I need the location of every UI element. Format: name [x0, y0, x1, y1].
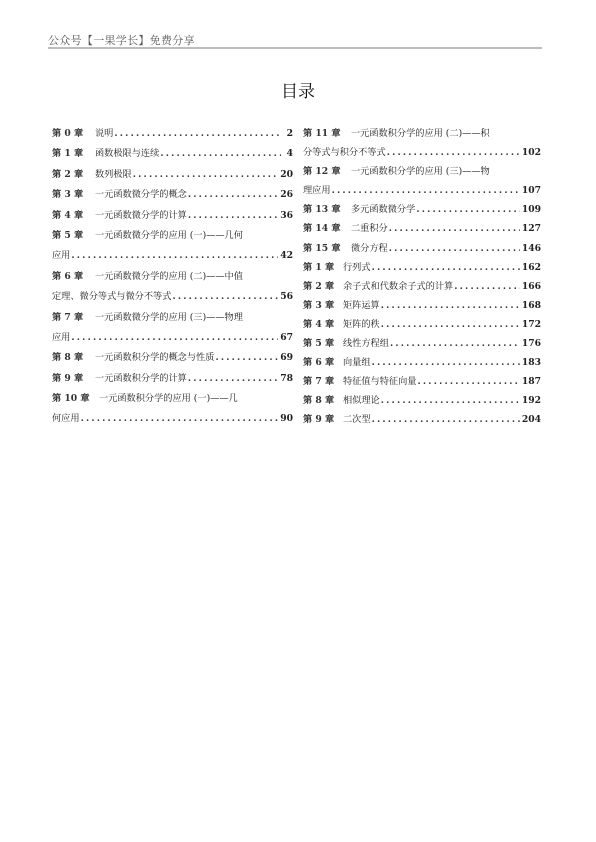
toc-entry[interactable]: 第 12 章 一元函数积分学的应用 (三)——物	[303, 165, 541, 184]
chapter-title: 二重积分	[351, 222, 388, 236]
chapter-label: 第 11 章	[303, 127, 351, 141]
chapter-title: 一元函数积分学的应用 (一)——几	[99, 392, 238, 406]
toc-entry[interactable]: 第 6 章 向量组 183	[303, 356, 541, 375]
dot-leader	[133, 168, 278, 182]
chapter-label: 第 1 章	[303, 261, 343, 275]
toc-entry[interactable]: 第 3 章 一元函数微分学的概念 26	[52, 188, 293, 208]
chapter-label: 第 8 章	[52, 351, 95, 365]
chapter-label: 第 5 章	[303, 337, 343, 351]
toc-entry[interactable]: 第 1 章 行列式 162	[303, 261, 541, 280]
chapter-title: 说明	[95, 127, 113, 141]
dot-leader	[390, 337, 520, 351]
toc-title: 目录	[0, 77, 596, 102]
chapter-title-continued: 理应用	[303, 184, 331, 198]
toc-entry[interactable]: 第 10 章 一元函数积分学的应用 (一)——几	[52, 392, 293, 412]
toc-right-column: 第 11 章 一元函数积分学的应用 (二)——积 分等式与积分不等式 102 第…	[303, 127, 541, 433]
chapter-label: 第 0 章	[52, 127, 95, 141]
chapter-title: 相似理论	[343, 394, 380, 408]
dot-leader	[418, 375, 520, 389]
chapter-label: 第 7 章	[303, 375, 343, 389]
toc-entry[interactable]: 第 3 章 矩阵运算 168	[303, 299, 541, 318]
toc-entry-continuation[interactable]: 应用 42	[52, 249, 293, 269]
page-number: 78	[280, 372, 293, 386]
toc-entry[interactable]: 第 4 章 矩阵的秩 172	[303, 318, 541, 337]
chapter-label: 第 14 章	[303, 222, 351, 236]
page-number: 107	[522, 184, 541, 198]
page-number: 172	[522, 318, 541, 332]
dot-leader	[114, 127, 281, 141]
chapter-title: 矩阵运算	[343, 299, 380, 313]
dot-leader	[172, 290, 278, 304]
chapter-label: 第 12 章	[303, 165, 351, 179]
chapter-title-continued: 定理、微分等式与微分不等式	[52, 290, 171, 304]
chapter-label: 第 4 章	[52, 209, 95, 223]
chapter-title: 一元函数微分学的应用 (一)——几何	[95, 229, 243, 243]
dot-leader	[71, 331, 278, 345]
dot-leader	[389, 222, 520, 236]
toc-entry[interactable]: 第 7 章 一元函数微分学的应用 (三)——物理	[52, 311, 293, 331]
dot-leader	[381, 318, 520, 332]
dot-leader	[372, 413, 520, 427]
page-number: 204	[522, 413, 541, 427]
toc-entry-continuation[interactable]: 分等式与积分不等式 102	[303, 146, 541, 165]
toc-entry-continuation[interactable]: 定理、微分等式与微分不等式 56	[52, 290, 293, 310]
toc-entry[interactable]: 第 0 章 说明 2	[52, 127, 293, 147]
page-number: 36	[280, 209, 293, 223]
dot-leader	[188, 188, 278, 202]
dot-leader	[381, 394, 520, 408]
toc-entry[interactable]: 第 8 章 一元函数积分学的概念与性质 69	[52, 351, 293, 371]
page-number: 26	[280, 188, 293, 202]
toc-entry-continuation[interactable]: 何应用 90	[52, 412, 293, 432]
chapter-title: 微分方程	[351, 242, 388, 256]
chapter-title: 一元函数积分学的应用 (三)——物	[351, 165, 490, 179]
page-number: 187	[522, 375, 541, 389]
chapter-label: 第 4 章	[303, 318, 343, 332]
chapter-title-continued: 何应用	[52, 412, 80, 426]
chapter-label: 第 9 章	[52, 372, 95, 386]
toc-entry[interactable]: 第 5 章 一元函数微分学的应用 (一)——几何	[52, 229, 293, 249]
chapter-label: 第 6 章	[303, 356, 343, 370]
dot-leader	[389, 242, 520, 256]
header-divider	[48, 47, 542, 49]
chapter-title: 矩阵的秩	[343, 318, 380, 332]
chapter-title: 一元函数微分学的计算	[95, 209, 187, 223]
chapter-title: 向量组	[343, 356, 371, 370]
page-number: 162	[522, 261, 541, 275]
page-number: 109	[522, 203, 541, 217]
dot-leader	[71, 249, 278, 263]
page-number: 146	[522, 242, 541, 256]
dot-leader	[188, 209, 278, 223]
chapter-title: 一元函数积分学的概念与性质	[95, 351, 214, 365]
toc-entry[interactable]: 第 9 章 一元函数积分学的计算 78	[52, 372, 293, 392]
chapter-title: 一元函数微分学的应用 (三)——物理	[95, 311, 243, 325]
page-number: 166	[522, 280, 541, 294]
toc-entry[interactable]: 第 2 章 数列极限 20	[52, 168, 293, 188]
chapter-title: 线性方程组	[343, 337, 389, 351]
chapter-title-continued: 应用	[52, 249, 70, 263]
page-number: 20	[280, 168, 293, 182]
toc-entry-continuation[interactable]: 应用 67	[52, 331, 293, 351]
page-number: 90	[280, 412, 293, 426]
chapter-label: 第 5 章	[52, 229, 95, 243]
chapter-title: 一元函数微分学的概念	[95, 188, 187, 202]
chapter-title-continued: 应用	[52, 331, 70, 345]
page-number: 67	[280, 331, 293, 345]
toc-entry[interactable]: 第 4 章 一元函数微分学的计算 36	[52, 209, 293, 229]
dot-leader	[381, 299, 520, 313]
dot-leader	[454, 280, 520, 294]
chapter-title: 余子式和代数余子式的计算	[343, 280, 453, 294]
chapter-label: 第 8 章	[303, 394, 343, 408]
chapter-label: 第 15 章	[303, 242, 351, 256]
toc-entry[interactable]: 第 9 章 二次型 204	[303, 413, 541, 432]
toc-entry[interactable]: 第 11 章 一元函数积分学的应用 (二)——积	[303, 127, 541, 146]
page-number: 102	[522, 146, 541, 160]
chapter-label: 第 2 章	[52, 168, 95, 182]
page-number: 69	[280, 351, 293, 365]
dot-leader	[332, 184, 520, 198]
chapter-label: 第 6 章	[52, 270, 95, 284]
page-number: 176	[522, 337, 541, 351]
page-number: 168	[522, 299, 541, 313]
chapter-title-continued: 分等式与积分不等式	[303, 146, 386, 160]
chapter-title: 一元函数微分学的应用 (二)——中值	[95, 270, 243, 284]
toc-entry[interactable]: 第 2 章 余子式和代数余子式的计算 166	[303, 280, 541, 299]
dot-leader	[372, 356, 520, 370]
dot-leader	[387, 146, 520, 160]
chapter-title: 行列式	[343, 261, 371, 275]
chapter-title: 一元函数积分学的计算	[95, 372, 187, 386]
chapter-title: 二次型	[343, 413, 371, 427]
chapter-label: 第 1 章	[52, 147, 95, 161]
chapter-title: 数列极限	[95, 168, 132, 182]
page-number: 4	[283, 147, 293, 161]
dot-leader	[215, 351, 278, 365]
toc-entry[interactable]: 第 14 章 二重积分 127	[303, 222, 541, 241]
chapter-label: 第 13 章	[303, 203, 351, 217]
chapter-label: 第 3 章	[303, 299, 343, 313]
toc-entry[interactable]: 第 1 章 函数极限与连续 4	[52, 147, 293, 167]
toc-left-column: 第 0 章 说明 2 第 1 章 函数极限与连续 4 第 2 章 数列极限 20…	[52, 127, 293, 433]
page-number: 2	[283, 127, 293, 141]
chapter-label: 第 3 章	[52, 188, 95, 202]
dot-leader	[188, 372, 278, 386]
dot-leader	[160, 147, 281, 161]
chapter-label: 第 7 章	[52, 311, 95, 325]
chapter-title: 函数极限与连续	[95, 147, 159, 161]
chapter-title: 特征值与特征向量	[343, 375, 417, 389]
page-number: 127	[522, 222, 541, 236]
chapter-title: 一元函数积分学的应用 (二)——积	[351, 127, 490, 141]
toc-entry[interactable]: 第 15 章 微分方程 146	[303, 242, 541, 261]
dot-leader	[372, 261, 520, 275]
page-number: 192	[522, 394, 541, 408]
chapter-label: 第 9 章	[303, 413, 343, 427]
page-header-text: 公众号【一果学长】免费分享	[48, 32, 195, 48]
toc-entry[interactable]: 第 8 章 相似理论 192	[303, 394, 541, 413]
page-number: 56	[280, 290, 293, 304]
page-number: 42	[280, 249, 293, 263]
chapter-label: 第 2 章	[303, 280, 343, 294]
chapter-label: 第 10 章	[52, 392, 99, 406]
page-number: 183	[522, 356, 541, 370]
dot-leader	[81, 412, 279, 426]
toc-entry[interactable]: 第 7 章 特征值与特征向量 187	[303, 375, 541, 394]
toc-entry[interactable]: 第 6 章 一元函数微分学的应用 (二)——中值	[52, 270, 293, 290]
dot-leader	[416, 203, 520, 217]
toc-entry-continuation[interactable]: 理应用 107	[303, 184, 541, 203]
toc-entry[interactable]: 第 5 章 线性方程组 176	[303, 337, 541, 356]
toc-entry[interactable]: 第 13 章 多元函数微分学 109	[303, 203, 541, 222]
chapter-title: 多元函数微分学	[351, 203, 415, 217]
